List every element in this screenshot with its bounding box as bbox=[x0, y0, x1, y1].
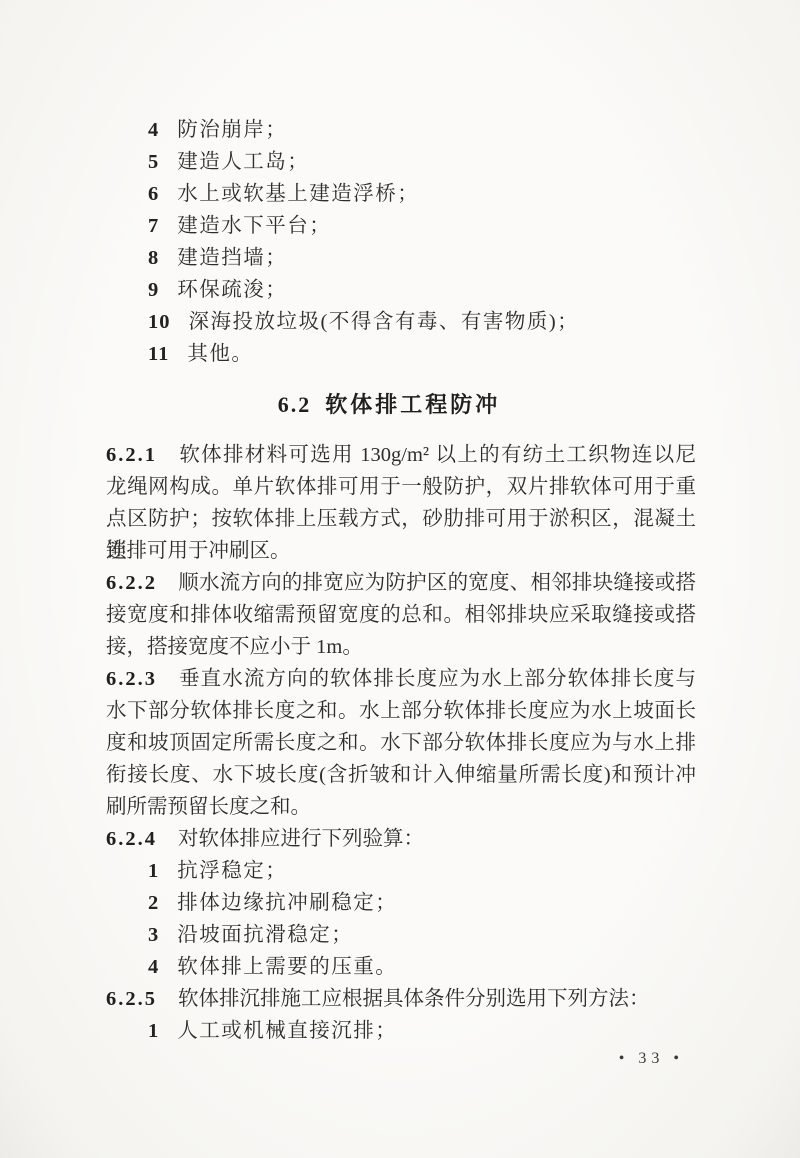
page-content: 4防治崩岸； 5建造人工岛； 6水上或软基上建造浮桥； 7建造水下平台； 8建造… bbox=[106, 114, 696, 1047]
list-item-text: 防治崩岸； bbox=[177, 119, 287, 141]
list-item-number: 4 bbox=[148, 956, 159, 978]
list-item-text: 建造挡墙； bbox=[177, 247, 287, 269]
clause-6-2-3: 6.2.3垂直水流方向的软体排长度应为水上部分软体排长度与 水下部分软体排长度之… bbox=[106, 663, 696, 823]
clause-label: 6.2.2 bbox=[106, 572, 157, 594]
clause-6-2-2: 6.2.2顺水流方向的排宽应为防护区的宽度、相邻排块缝接或搭 接宽度和排体收缩需… bbox=[106, 567, 696, 663]
text-line: 接，搭接宽度不应小于 1m。 bbox=[106, 631, 696, 663]
list-item-number: 11 bbox=[148, 343, 169, 365]
text-line: 刷所需预留长度之和。 bbox=[106, 791, 696, 823]
list-item: 10深海投放垃圾(不得含有毒、有害物质)； bbox=[106, 306, 696, 338]
clause-text: 对软体排应进行下列验算： bbox=[178, 828, 424, 850]
numbered-list: 4防治崩岸； 5建造人工岛； 6水上或软基上建造浮桥； 7建造水下平台； 8建造… bbox=[106, 114, 696, 370]
list-item-text: 抗浮稳定； bbox=[177, 860, 287, 882]
text-line: 锁排可用于冲刷区。 bbox=[106, 535, 696, 567]
list-item: 8建造挡墙； bbox=[106, 242, 696, 274]
list-item: 7建造水下平台； bbox=[106, 210, 696, 242]
section-title: 软体排工程防冲 bbox=[325, 392, 500, 417]
section-number: 6.2 bbox=[278, 392, 312, 417]
list-item-text: 水上或软基上建造浮桥； bbox=[177, 183, 419, 205]
clause-6-2-4: 6.2.4对软体排应进行下列验算： 1抗浮稳定； 2排体边缘抗冲刷稳定； 3沿坡… bbox=[106, 823, 696, 983]
clause-6-2-5: 6.2.5软体排沉排施工应根据具体条件分别选用下列方法： 1人工或机械直接沉排； bbox=[106, 983, 696, 1047]
text-line: 龙绳网构成。单片软体排可用于一般防护，双片排软体可用于重 bbox=[106, 471, 696, 503]
clause-label: 6.2.3 bbox=[106, 668, 157, 690]
list-item-number: 1 bbox=[148, 860, 159, 882]
list-item-number: 10 bbox=[148, 311, 171, 333]
text-line: 6.2.2顺水流方向的排宽应为防护区的宽度、相邻排块缝接或搭 bbox=[106, 567, 696, 599]
text-line: 6.2.1软体排材料可选用 130g/m² 以上的有纺土工织物连以尼 bbox=[106, 439, 696, 471]
clause-text: 软体排沉排施工应根据具体条件分别选用下列方法： bbox=[178, 988, 650, 1010]
list-item-text: 沿坡面抗滑稳定； bbox=[177, 924, 353, 946]
clause-text: 顺水流方向的排宽应为防护区的宽度、相邻排块缝接或搭 bbox=[178, 572, 696, 594]
list-item-number: 9 bbox=[148, 279, 159, 301]
list-item-number: 4 bbox=[148, 119, 159, 141]
list-item-text: 深海投放垃圾(不得含有毒、有害物质)； bbox=[189, 311, 580, 333]
page-number: • 33 • bbox=[619, 1050, 684, 1068]
list-item-number: 2 bbox=[148, 892, 159, 914]
document-page: 4防治崩岸； 5建造人工岛； 6水上或软基上建造浮桥； 7建造水下平台； 8建造… bbox=[0, 0, 800, 1158]
text-line: 6.2.3垂直水流方向的软体排长度应为水上部分软体排长度与 bbox=[106, 663, 696, 695]
section-heading: 6.2软体排工程防冲 bbox=[94, 389, 684, 421]
text-line: 衔接长度、水下坡长度(含折皱和计入伸缩量所需长度)和预计冲 bbox=[106, 759, 696, 791]
list-item: 6水上或软基上建造浮桥； bbox=[106, 178, 696, 210]
text-line: 度和坡顶固定所需长度之和。水下部分软体排长度应为与水上排 bbox=[106, 727, 696, 759]
clause-label: 6.2.1 bbox=[106, 444, 157, 466]
clause-text: 软体排材料可选用 130g/m² 以上的有纺土工织物连以尼 bbox=[178, 444, 696, 466]
clause-label: 6.2.4 bbox=[106, 828, 157, 850]
list-item: 1人工或机械直接沉排； bbox=[106, 1015, 696, 1047]
list-item-number: 7 bbox=[148, 215, 159, 237]
text-line: 水下部分软体排长度之和。水上部分软体排长度应为水上坡面长 bbox=[106, 695, 696, 727]
list-item: 3沿坡面抗滑稳定； bbox=[106, 919, 696, 951]
list-item-number: 8 bbox=[148, 247, 159, 269]
list-item-number: 5 bbox=[148, 151, 159, 173]
list-item-text: 软体排上需要的压重。 bbox=[177, 956, 397, 978]
list-item: 2排体边缘抗冲刷稳定； bbox=[106, 887, 696, 919]
clause-label: 6.2.5 bbox=[106, 988, 157, 1010]
list-item: 5建造人工岛； bbox=[106, 146, 696, 178]
clause-6-2-1: 6.2.1软体排材料可选用 130g/m² 以上的有纺土工织物连以尼 龙绳网构成… bbox=[106, 439, 696, 567]
list-item-text: 环保疏浚； bbox=[177, 279, 287, 301]
list-item-text: 建造水下平台； bbox=[177, 215, 331, 237]
text-line: 接宽度和排体收缩需预留宽度的总和。相邻排块应采取缝接或搭 bbox=[106, 599, 696, 631]
text-line: 点区防护；按软体排上压载方式，砂肋排可用于淤积区，混凝土连 bbox=[106, 503, 696, 535]
text-line: 6.2.5软体排沉排施工应根据具体条件分别选用下列方法： bbox=[106, 983, 696, 1015]
list-item-text: 人工或机械直接沉排； bbox=[177, 1020, 397, 1042]
list-item-number: 6 bbox=[148, 183, 159, 205]
list-item: 4防治崩岸； bbox=[106, 114, 696, 146]
list-item-number: 1 bbox=[148, 1020, 159, 1042]
list-item: 4软体排上需要的压重。 bbox=[106, 951, 696, 983]
list-item: 1抗浮稳定； bbox=[106, 855, 696, 887]
clauses-block: 6.2.1软体排材料可选用 130g/m² 以上的有纺土工织物连以尼 龙绳网构成… bbox=[106, 439, 696, 1047]
clause-text: 垂直水流方向的软体排长度应为水上部分软体排长度与 bbox=[178, 668, 696, 690]
list-item: 9环保疏浚； bbox=[106, 274, 696, 306]
list-item-number: 3 bbox=[148, 924, 159, 946]
list-item-text: 排体边缘抗冲刷稳定； bbox=[177, 892, 397, 914]
list-item-text: 其他。 bbox=[187, 343, 253, 365]
text-line: 6.2.4对软体排应进行下列验算： bbox=[106, 823, 696, 855]
list-item: 11其他。 bbox=[106, 338, 696, 370]
list-item-text: 建造人工岛； bbox=[177, 151, 309, 173]
